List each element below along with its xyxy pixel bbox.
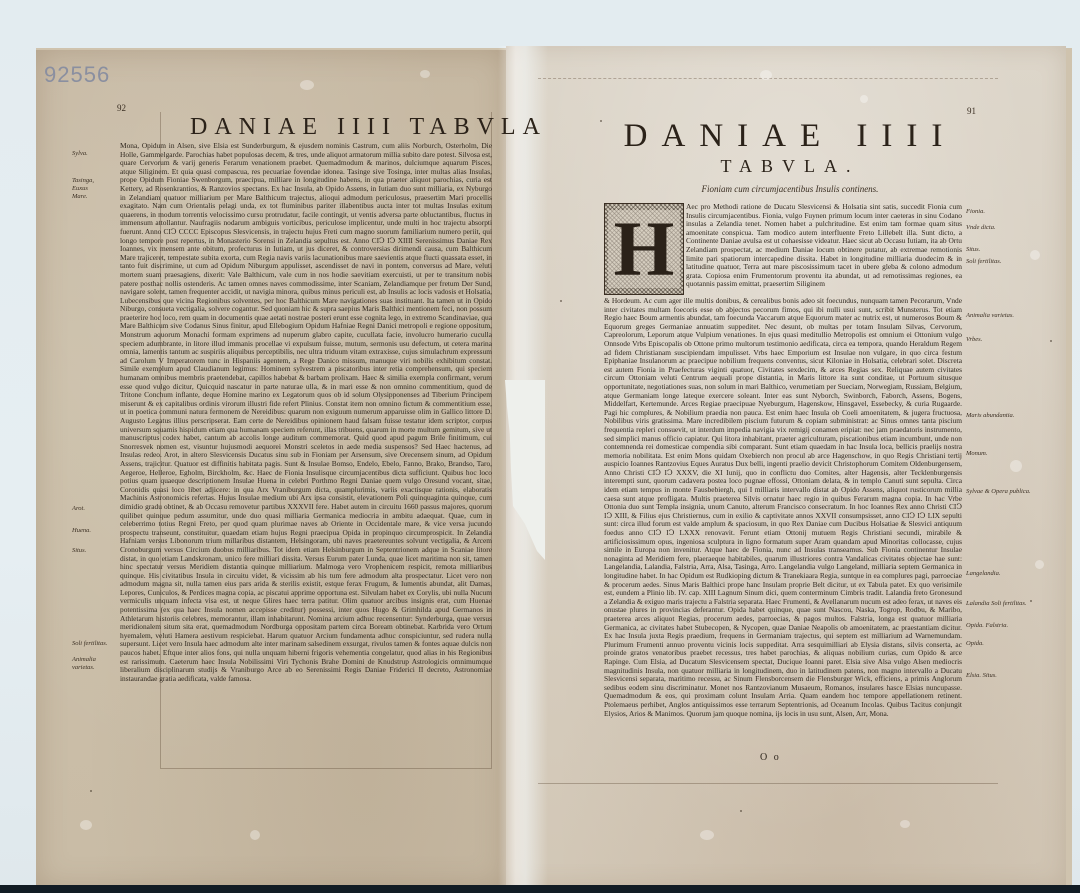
inventory-number: 92556 bbox=[44, 62, 110, 88]
right-page-body: & Hordeum. Ac cum ager ille multis donib… bbox=[604, 297, 962, 755]
initial-letter: H bbox=[608, 210, 681, 288]
margin-note: Situs. bbox=[966, 246, 980, 253]
right-page-title-line2: TABVLA. bbox=[600, 156, 980, 177]
left-page-body: Mona, Opidum in Alsen, sive Elsia est Su… bbox=[120, 142, 492, 720]
margin-note: Opida. Falstria. bbox=[966, 622, 1008, 629]
right-page-subtitle: Fioniam cum circumjacentibus Insulis con… bbox=[600, 184, 980, 194]
margin-note: Monum. bbox=[966, 450, 987, 457]
right-page-title: DANIAE IIII bbox=[600, 118, 980, 155]
margin-note: Maris abundantia. bbox=[966, 412, 1014, 419]
margin-note: Soli fertilitas. bbox=[72, 640, 107, 647]
signature-mark: O o bbox=[760, 752, 781, 763]
margin-note: Huena. bbox=[72, 527, 91, 534]
margin-note: Elsia. Situs. bbox=[966, 672, 997, 679]
margin-note: varietas. bbox=[72, 664, 95, 671]
margin-note: Animalia bbox=[72, 656, 96, 663]
right-page-intro: Aec pro Methodi ratione de Ducatu Slesvi… bbox=[686, 203, 962, 295]
margin-note: Sylva. bbox=[72, 150, 88, 157]
right-page-number: 91 bbox=[967, 106, 976, 116]
margin-note: Animalia varietas. bbox=[966, 312, 1014, 319]
margin-note: Situs. bbox=[72, 547, 86, 554]
left-page-number: 92 bbox=[117, 103, 126, 113]
left-page-title: DANIAE IIII TABVLA bbox=[190, 114, 510, 141]
margin-note: Soli fertilitas. bbox=[966, 258, 1001, 265]
margin-note: Langelandia. bbox=[966, 570, 1001, 577]
margin-note: Fionia. bbox=[966, 208, 985, 215]
margin-note: Sylvae & Opera publica. bbox=[966, 488, 1031, 495]
margin-note: Euxus bbox=[72, 185, 88, 192]
margin-note: Arot. bbox=[72, 505, 85, 512]
margin-note: Opida. bbox=[966, 640, 984, 647]
margin-note: Vnde dicta. bbox=[966, 224, 996, 231]
margin-note: Vrbes. bbox=[966, 336, 982, 343]
bottom-edge bbox=[0, 885, 1080, 893]
margin-note: Lalandia Soli fertilitas. bbox=[966, 600, 1027, 607]
decorated-initial: H bbox=[604, 203, 684, 295]
margin-note: Mare. bbox=[72, 193, 87, 200]
margin-note: Tasinga, bbox=[72, 177, 94, 184]
